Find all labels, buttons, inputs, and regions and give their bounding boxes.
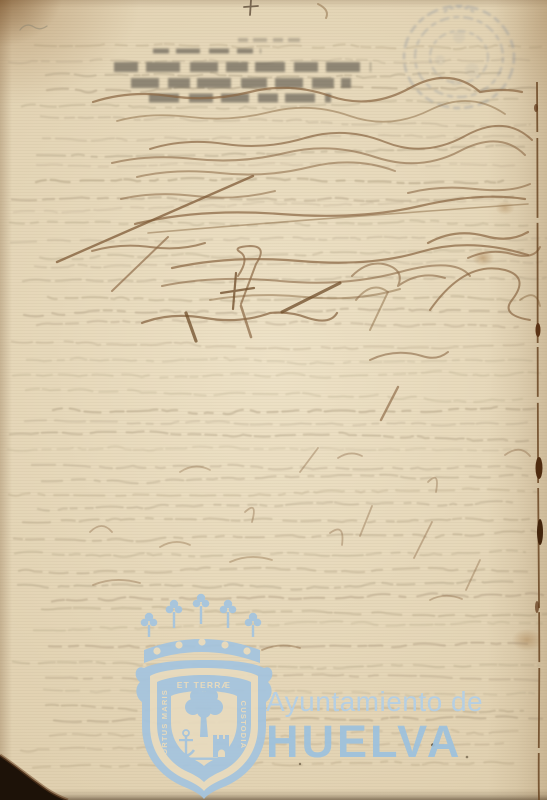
bleed-line bbox=[42, 606, 547, 618]
bleed-line bbox=[13, 661, 539, 669]
faint-stroke bbox=[180, 466, 210, 472]
bleed-line bbox=[19, 566, 527, 573]
bleed-line bbox=[24, 306, 520, 318]
bleed-line bbox=[9, 487, 536, 496]
crest-base-line bbox=[175, 758, 233, 760]
binding-blob bbox=[536, 457, 543, 479]
handwriting-line bbox=[117, 101, 505, 122]
seal-blob bbox=[453, 31, 465, 43]
handwriting-line bbox=[408, 184, 530, 193]
bleed-line bbox=[36, 174, 503, 189]
ink-handwriting-layer bbox=[20, 0, 540, 765]
ink-stroke bbox=[318, 4, 327, 18]
loop-flourish bbox=[352, 264, 445, 286]
faint-stroke bbox=[230, 557, 272, 562]
faint-stroke bbox=[90, 526, 112, 532]
seal-blob bbox=[435, 55, 445, 65]
seal-ring bbox=[404, 6, 514, 108]
watermark-institution-line1: Ayuntamiento de bbox=[266, 688, 483, 716]
binding-blob bbox=[537, 519, 543, 545]
bleed-line bbox=[12, 339, 525, 352]
ink-speck bbox=[466, 756, 469, 759]
faint-stroke bbox=[466, 560, 480, 590]
loop-flourish bbox=[370, 352, 448, 360]
tower-icon bbox=[213, 735, 229, 757]
bleed-line bbox=[15, 549, 525, 557]
bleed-line bbox=[53, 404, 535, 416]
seal-ring bbox=[415, 17, 503, 97]
bleed-line bbox=[14, 530, 539, 542]
crown-trefoil bbox=[166, 600, 183, 628]
diagonal-stroke bbox=[381, 387, 398, 420]
binding-blob bbox=[536, 323, 541, 337]
bleed-line bbox=[37, 145, 528, 159]
bleed-line bbox=[23, 276, 546, 284]
cross-mark bbox=[244, 0, 258, 15]
crest-motto-top: ET TERRÆ bbox=[177, 680, 231, 690]
faint-stroke bbox=[160, 542, 190, 547]
crown-pearl bbox=[198, 638, 205, 645]
manuscript-page: ET TERRÆ PORTUS MARIS CUSTODIA bbox=[0, 0, 547, 800]
crown-trefoil bbox=[245, 613, 262, 637]
bleed-line bbox=[32, 465, 521, 470]
manuscript-art: ET TERRÆ PORTUS MARIS CUSTODIA bbox=[0, 0, 547, 800]
bleed-line bbox=[11, 235, 547, 245]
handwriting-line bbox=[92, 243, 205, 251]
bleed-through-writing-layer bbox=[8, 43, 547, 767]
binding-line bbox=[537, 82, 539, 800]
bleed-line bbox=[8, 444, 527, 453]
faint-stroke bbox=[330, 529, 343, 545]
binding-blob bbox=[535, 601, 539, 613]
seal-stamp bbox=[404, 6, 514, 108]
crown-pearl bbox=[243, 647, 250, 654]
bleed-line bbox=[46, 673, 538, 683]
bleed-line bbox=[52, 592, 543, 602]
bleed-line bbox=[10, 431, 528, 442]
bleed-line bbox=[25, 420, 527, 426]
faint-stroke bbox=[338, 453, 362, 458]
binding-blob bbox=[534, 104, 538, 112]
bleed-line bbox=[13, 370, 540, 379]
bleed-line bbox=[34, 620, 542, 631]
bleed-line bbox=[40, 249, 523, 260]
binding-edge bbox=[534, 82, 543, 800]
crown-pearl bbox=[221, 641, 228, 648]
faint-stroke bbox=[430, 596, 462, 600]
seal-blob bbox=[465, 63, 479, 77]
bleed-line bbox=[23, 516, 529, 524]
bleed-line bbox=[27, 357, 532, 364]
bleed-line bbox=[26, 389, 522, 402]
bleed-line bbox=[37, 319, 518, 327]
crest-motto-right: CUSTODIA bbox=[239, 701, 248, 750]
bleed-line bbox=[41, 116, 530, 128]
bleed-line bbox=[42, 474, 528, 485]
faint-stroke bbox=[414, 522, 432, 558]
folio-scribble bbox=[20, 25, 47, 30]
underline-flourish bbox=[148, 204, 528, 233]
crest-motto-left: PORTUS MARIS bbox=[160, 689, 169, 761]
bleed-line bbox=[38, 501, 512, 511]
bleed-line bbox=[35, 43, 543, 49]
crown-pearl bbox=[175, 641, 182, 648]
crown-trefoil bbox=[141, 613, 158, 637]
watermark-institution-line2: HUELVA bbox=[266, 719, 462, 764]
crown-pearl bbox=[153, 647, 160, 654]
bleed-line bbox=[37, 163, 518, 167]
handwriting-line bbox=[112, 141, 525, 163]
